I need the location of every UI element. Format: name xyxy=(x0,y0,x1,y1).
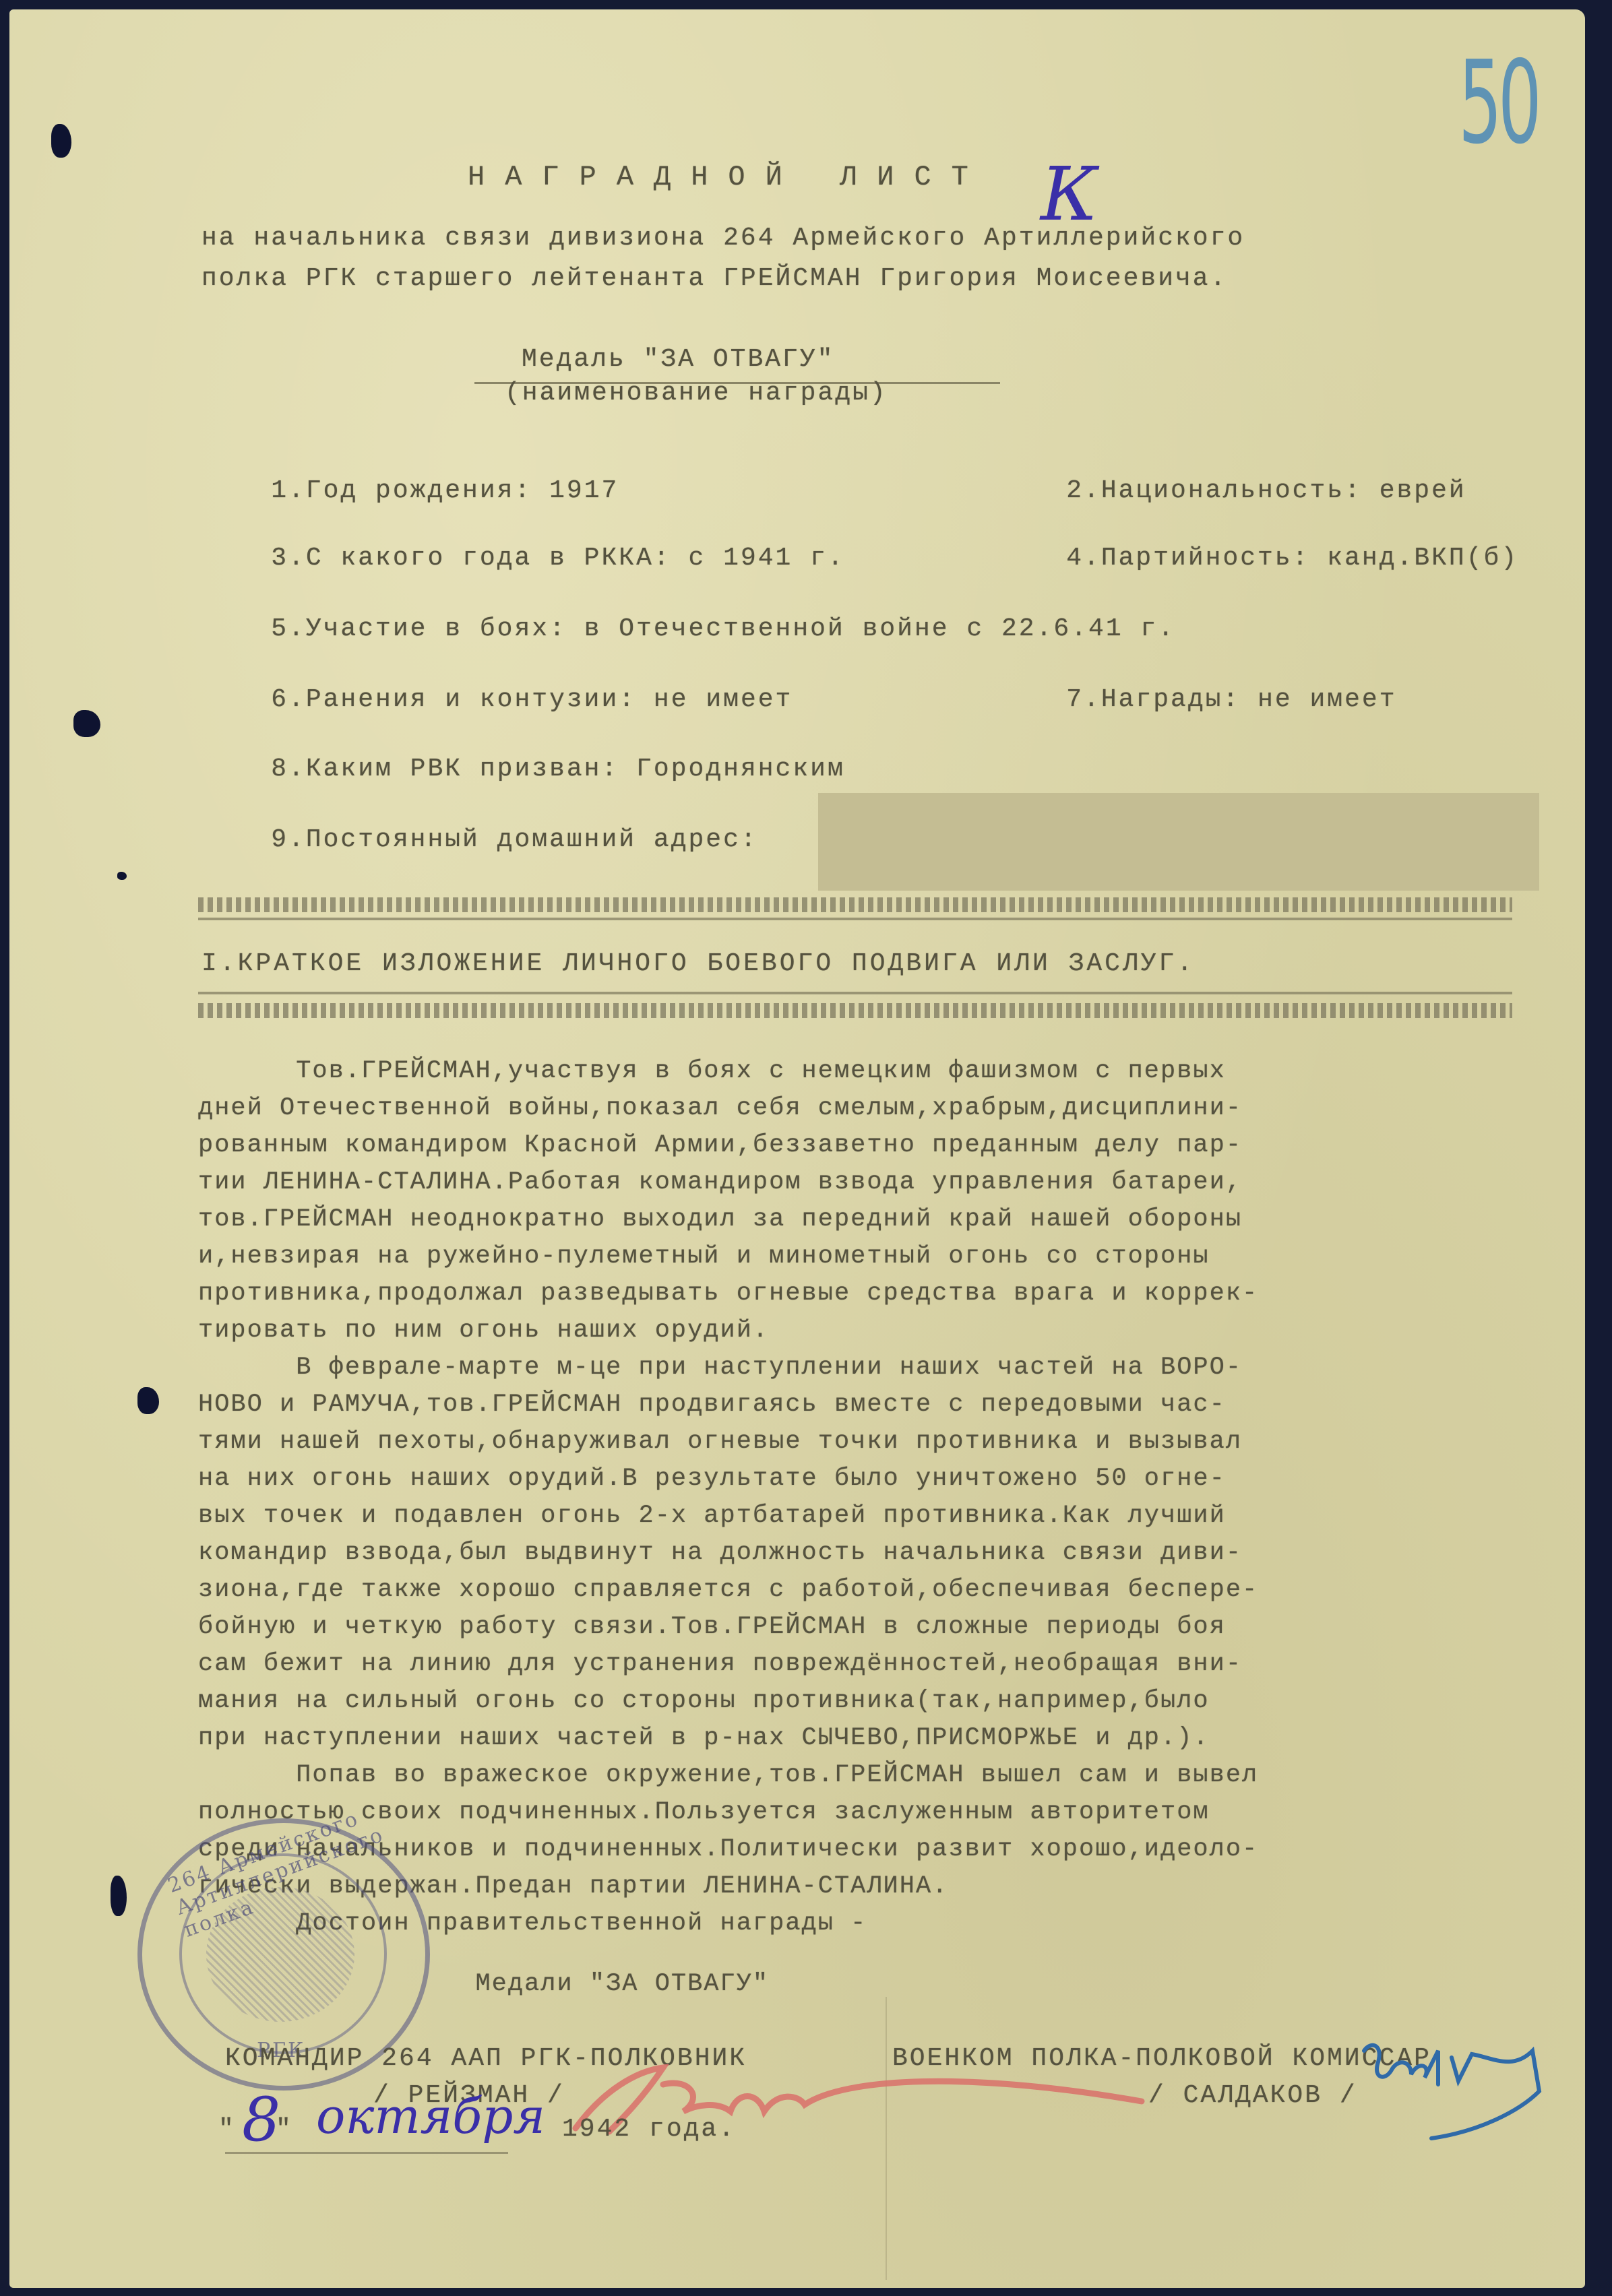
body-line: В феврале-марте м-це при наступлении наш… xyxy=(198,1353,1242,1382)
field-value: с 1941 г. xyxy=(689,544,845,573)
field-label: 7.Награды: xyxy=(1066,685,1240,714)
commissar-name: / САЛДАКОВ / xyxy=(1148,2081,1357,2110)
body-line: Тов.ГРЕЙСМАН,участвуя в боях с немецким … xyxy=(198,1057,1226,1085)
body-line: при наступлении наших частей в р-нах СЫЧ… xyxy=(198,1724,1210,1752)
award-sheet-page: 50 К НАГРАДНОЙ ЛИСТ на начальника связи … xyxy=(9,9,1585,2288)
field-value: не имеет xyxy=(1258,685,1396,714)
section-heading: I.КРАТКОЕ ИЗЛОЖЕНИЕ ЛИЧНОГО БОЕВОГО ПОДВ… xyxy=(201,949,1195,978)
body-line: на них огонь наших орудий.В результате б… xyxy=(198,1465,1226,1493)
body-line: тировать по ним огонь наших орудий. xyxy=(198,1316,769,1345)
body-line: вых точек и подавлен огонь 2-х артбатаре… xyxy=(198,1502,1226,1530)
handwritten-page-number: 50 xyxy=(1458,36,1538,170)
field-label: 2.Национальность: xyxy=(1066,476,1362,505)
redacted-address-block xyxy=(818,793,1539,891)
field-awards: 7.Награды: не имеет xyxy=(997,656,1397,743)
commissar-signature-blue xyxy=(1357,2037,1559,2145)
field-value: 1917 xyxy=(549,476,619,505)
field-value: канд.ВКП(б) xyxy=(1327,544,1518,573)
field-value: в Отечественной войне с 22.6.41 г. xyxy=(584,614,1175,643)
punch-hole xyxy=(51,124,71,158)
body-line: дней Отечественной войны,показал себя см… xyxy=(198,1094,1242,1122)
subject-line-1: на начальника связи дивизиона 264 Армейс… xyxy=(201,224,1245,253)
date-quote-open: " xyxy=(218,2115,236,2144)
body-line: Попав во вражеское окружение,тов.ГРЕЙСМА… xyxy=(198,1761,1258,1789)
body-line: мания на сильный огонь со стороны против… xyxy=(198,1687,1210,1715)
date-quote-close: " xyxy=(276,2115,293,2144)
field-label: 4.Партийность: xyxy=(1066,544,1309,573)
body-line: НОВО и РАМУЧА,тов.ГРЕЙСМАН продвигаясь в… xyxy=(198,1391,1226,1419)
field-value: Городнянским xyxy=(636,755,845,784)
field-label: 8.Каким РВК призван: xyxy=(271,755,619,784)
field-value: не имеет xyxy=(654,685,793,714)
decorative-rule xyxy=(198,1003,1512,1018)
field-value: еврей xyxy=(1379,476,1466,505)
field-label: 3.С какого года в РККА: xyxy=(271,544,671,573)
body-line: тями нашей пехоты,обнаруживал огневые то… xyxy=(198,1428,1242,1456)
decorative-rule xyxy=(198,992,1512,994)
punch-hole xyxy=(117,872,127,880)
punch-hole xyxy=(111,1876,127,1916)
body-line: тии ЛЕНИНА-СТАЛИНА.Работая командиром вз… xyxy=(198,1168,1242,1197)
decorative-rule xyxy=(198,918,1512,920)
date-day-handwritten: 8 xyxy=(242,2084,280,2155)
field-label: 6.Ранения и контузии: xyxy=(271,685,636,714)
date-month-handwritten: октября xyxy=(316,2088,545,2144)
body-line: противника,продолжал разведывать огневые… xyxy=(198,1279,1258,1308)
date-underline xyxy=(225,2152,508,2154)
body-line: тов.ГРЕЙСМАН неоднократно выходил за пер… xyxy=(198,1205,1242,1234)
field-label: 9.Постоянный домашний адрес: xyxy=(271,825,758,854)
date-year: 1942 года. xyxy=(562,2115,736,2144)
award-name: Медаль "ЗА ОТВАГУ" xyxy=(522,345,834,374)
body-line: бойную и четкую работу связи.Тов.ГРЕЙСМА… xyxy=(198,1613,1226,1641)
body-line: зиона,где также хорошо справляется с раб… xyxy=(198,1576,1258,1604)
body-line: рованным командиром Красной Армии,беззав… xyxy=(198,1131,1242,1159)
body-line: сам бежит на линию для устранения повреж… xyxy=(198,1650,1242,1678)
punch-hole xyxy=(73,710,100,737)
award-caption: (наименование награды) xyxy=(505,379,888,408)
field-home-address: 9.Постоянный домашний адрес: xyxy=(201,796,758,883)
punch-hole xyxy=(137,1387,159,1414)
body-line: командир взвода,был выдвинут на должност… xyxy=(198,1539,1242,1567)
paper-fold xyxy=(886,1997,887,2280)
body-line: и,невзирая на ружейно-пулеметный и мином… xyxy=(198,1242,1210,1271)
document-title: НАГРАДНОЙ ЛИСТ xyxy=(468,161,989,193)
field-label: 5.Участие в боях: xyxy=(271,614,567,643)
decorative-rule xyxy=(198,897,1512,912)
field-label: 1.Год рождения: xyxy=(271,476,532,505)
subject-line-2: полка РГК старшего лейтенанта ГРЕЙСМАН Г… xyxy=(201,264,1227,293)
